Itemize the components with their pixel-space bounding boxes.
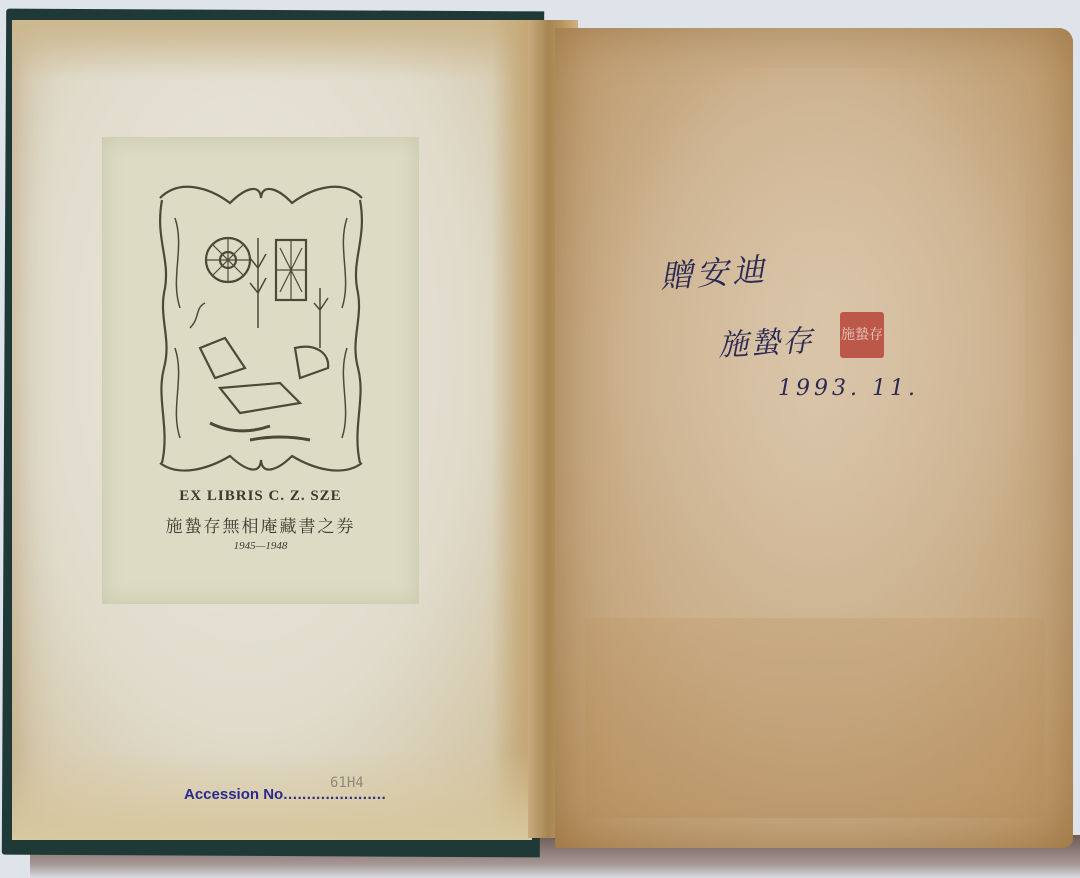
inscription-date: 1993. 11. bbox=[778, 376, 919, 401]
flyleaf-page bbox=[555, 28, 1073, 848]
accession-label: Accession No. bbox=[184, 786, 287, 803]
stain-top bbox=[12, 20, 532, 80]
paper-lower-stain bbox=[585, 618, 1045, 818]
bookplate-years: 1945—1948 bbox=[103, 540, 418, 552]
bookplate-title: EX LIBRIS C. Z. SZE bbox=[103, 488, 418, 505]
red-seal-stamp: 施蟄存 bbox=[840, 312, 884, 358]
ornamental-engraving-icon bbox=[150, 178, 372, 480]
inscription-signature: 施蟄存 bbox=[717, 316, 815, 365]
ex-libris-bookplate: EX LIBRIS C. Z. SZE 施蟄存無相庵藏書之券 1945—1948 bbox=[103, 138, 418, 603]
inscription-recipient: 贈安迪 bbox=[659, 244, 770, 297]
stain-right bbox=[492, 20, 532, 840]
accession-number: 61H4 bbox=[330, 775, 364, 791]
bookplate-chinese-text: 施蟄存無相庵藏書之券 bbox=[103, 512, 418, 537]
